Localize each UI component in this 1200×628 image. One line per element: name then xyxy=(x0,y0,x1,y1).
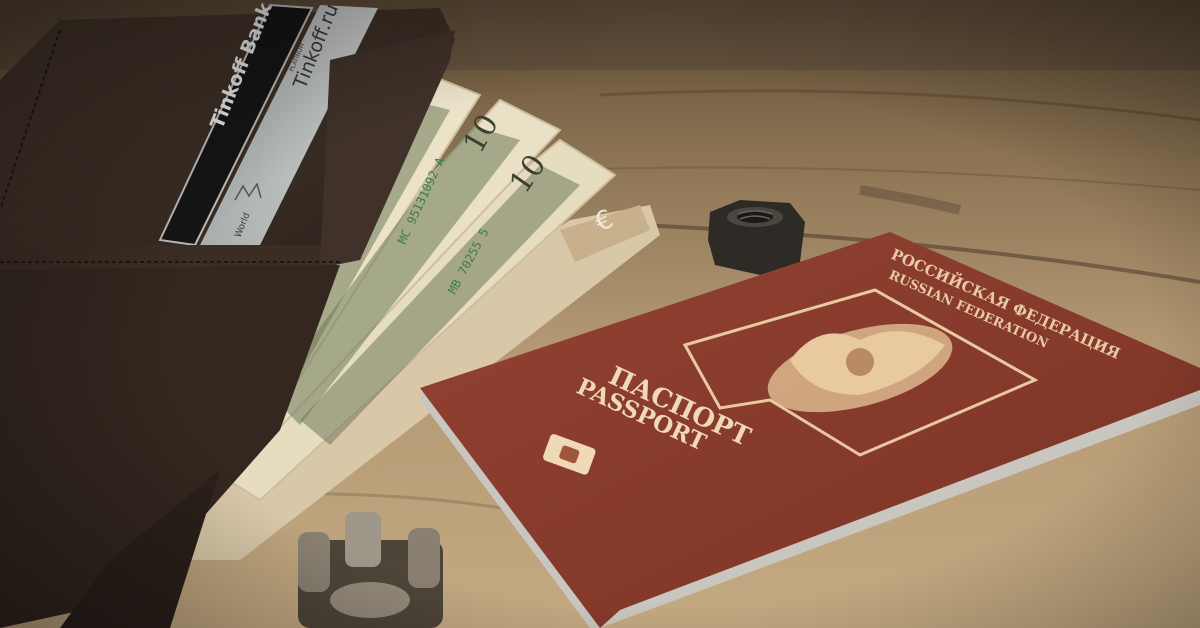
vignette-overlay xyxy=(0,0,1200,628)
photo-scene: € 10 10 10 MB 70255 5 MC 95131092 A CF 6… xyxy=(0,0,1200,628)
